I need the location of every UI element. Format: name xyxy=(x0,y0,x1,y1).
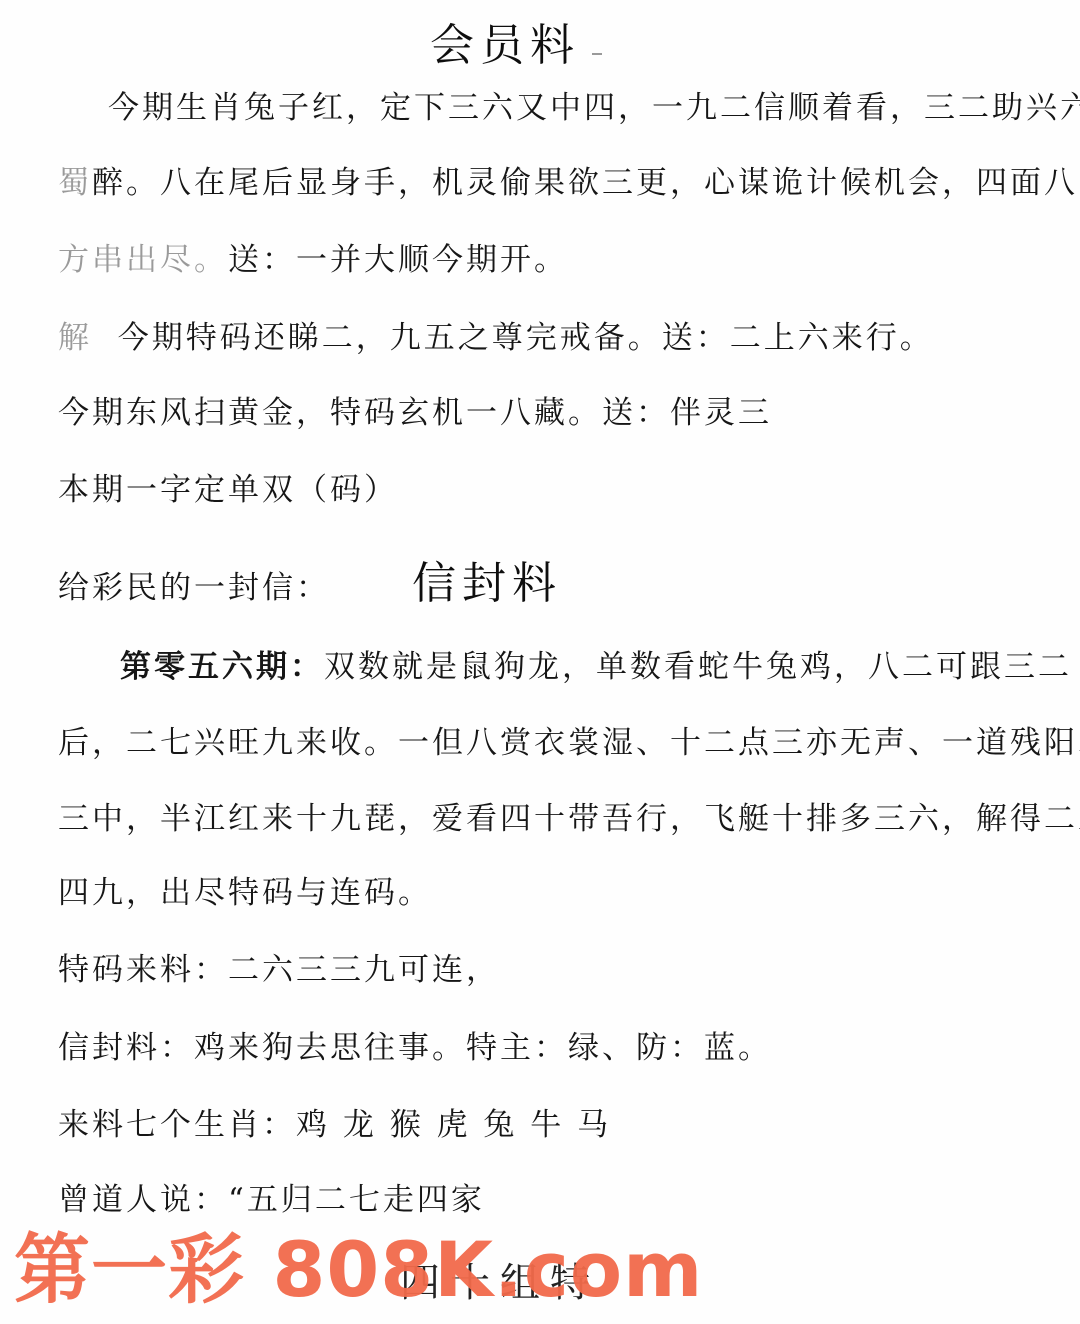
envelope-paragraph-line-3: 三中，半江红来十九琵，爱看四十带吾行，飞艇十排多三六，解得二三与 xyxy=(58,799,1080,839)
special-code-line: 特码来料：二六三三九可连， xyxy=(58,950,500,990)
seven-zodiacs-line: 来料七个生肖：鸡 龙 猴 虎 兔 牛 马 xyxy=(58,1105,611,1145)
scanned-document-page: 会员料 今期生肖兔子红，定下三六又中四，一九二信顺着看，三二助兴六 蜀醉。八在尾… xyxy=(0,0,1080,1324)
watermark-logo: 第一彩 808K.com xyxy=(14,1222,703,1318)
member-line-interpretation-text: 今期特码还睇二，九五之尊完戒备。送：二上六来行。 xyxy=(118,320,934,356)
member-poem-line-2: 蜀醉。八在尾后显身手，机灵偷果欲三更，心谋诡计候机会，四面八 xyxy=(58,163,1078,203)
document-title: 会员料 xyxy=(430,20,580,72)
letter-intro-label: 给彩民的一封信： xyxy=(58,568,330,608)
envelope-paragraph-line-1: 第零五六期：双数就是鼠狗龙，单数看蛇牛兔鸡，八二可跟三二 xyxy=(120,647,1072,687)
envelope-title: 信封料 xyxy=(412,558,562,610)
envelope-paragraph-line-1-text: 双数就是鼠狗龙，单数看蛇牛兔鸡，八二可跟三二 xyxy=(324,649,1072,685)
envelope-note-line: 信封料：鸡来狗去思往事。特主：绿、防：蓝。 xyxy=(58,1028,772,1068)
member-line-east-wind: 今期东风扫黄金，特码玄机一八藏。送：伴灵三 xyxy=(58,393,772,433)
member-line-interpretation: 解 今期特码还睇二，九五之尊完戒备。送：二上六来行。 xyxy=(58,318,934,358)
issue-label: 第零五六期： xyxy=(120,649,324,685)
envelope-paragraph-line-2: 后，二七兴旺九来收。一但八赏衣裳湿、十二点三亦无声、一道残阳二 xyxy=(58,723,1080,763)
taoist-quote-line: 曾道人说：“五归二七走四家 xyxy=(58,1180,485,1220)
member-line-odd-even: 本期一字定单双（码） xyxy=(58,470,398,510)
faded-text: 方串出尽。 xyxy=(58,242,228,278)
member-poem-line-3: 方串出尽。送：一并大顺今期开。 xyxy=(58,240,568,280)
title-mark xyxy=(592,53,602,55)
faded-char: 解 xyxy=(58,320,92,356)
member-poem-line-1: 今期生肖兔子红，定下三六又中四，一九二信顺着看，三二助兴六 xyxy=(108,88,1080,128)
member-poem-line-3-text: 送：一并大顺今期开。 xyxy=(228,242,568,278)
envelope-paragraph-line-4: 四九，出尽特码与连码。 xyxy=(58,873,432,913)
member-poem-line-2-text: 醉。八在尾后显身手，机灵偷果欲三更，心谋诡计候机会，四面八 xyxy=(92,165,1078,201)
faded-char: 蜀 xyxy=(58,165,92,201)
